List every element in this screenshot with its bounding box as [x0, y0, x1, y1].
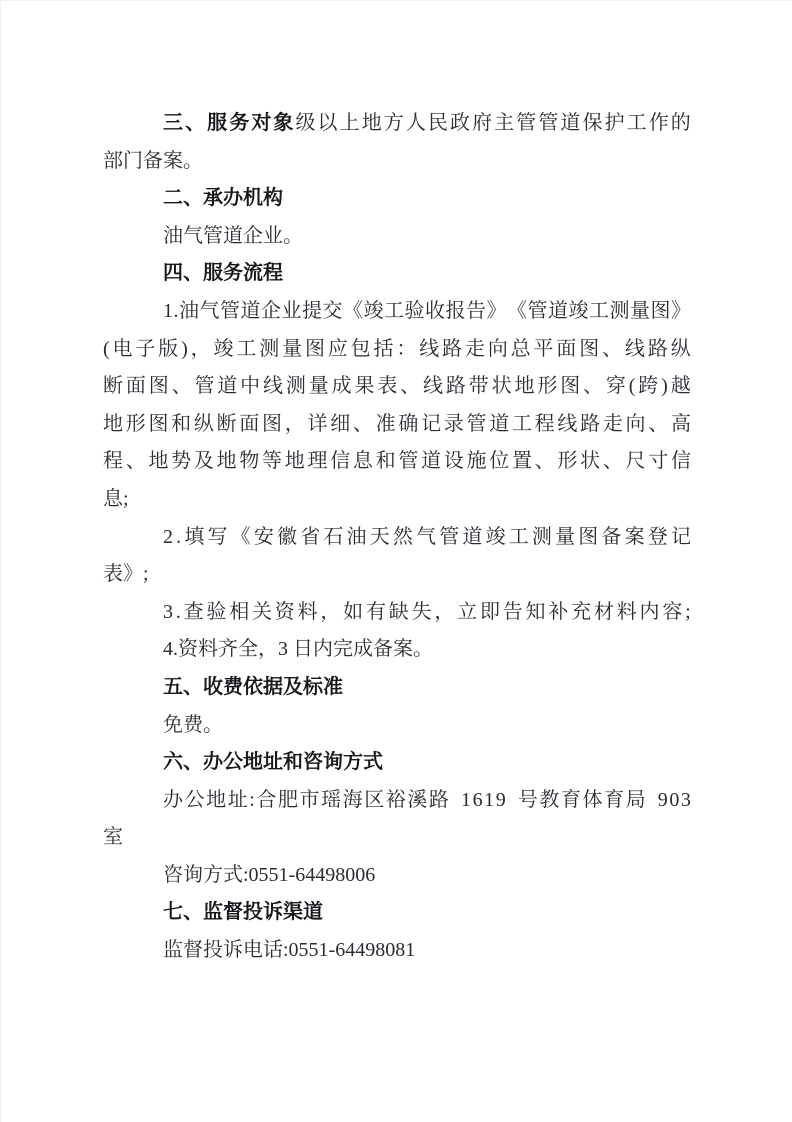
text-run: 区 — [364, 782, 384, 820]
text-line: 3.查验相关资料，如有缺失，立即告知补充材料内容; — [103, 594, 691, 632]
text-run: 验 — [405, 293, 425, 331]
text-run: 》 — [671, 293, 691, 331]
text-run: 果 — [354, 368, 374, 406]
text-run: 备 — [601, 519, 621, 557]
text-line: 程、地势及地物等地理信息和管道设施位置、形状、尺寸信 — [103, 443, 691, 481]
text-run: 断 — [217, 406, 237, 444]
text-run: 安 — [254, 519, 274, 557]
text-run: 肥 — [278, 782, 298, 820]
text-run: 道 — [421, 443, 441, 481]
text-run: 竣 — [364, 293, 384, 331]
text-line: 六、办公地址和咨询方式 — [103, 744, 691, 782]
text-run: 0 — [669, 782, 679, 820]
text-run: 道 — [560, 105, 580, 143]
text-run: 息; — [103, 488, 129, 510]
text-run: 和 — [171, 406, 191, 444]
text-run: 告 — [503, 594, 523, 632]
text-run: 监督投诉电话:0551-64498081 — [163, 939, 415, 961]
text-run: 作 — [649, 105, 669, 143]
text-run: 竣 — [486, 519, 506, 557]
text-run: 带 — [469, 368, 489, 406]
text-run: 石 — [323, 519, 343, 557]
text-run: ) — [661, 368, 668, 406]
text-run: 6 — [473, 782, 483, 820]
text-run: 测 — [610, 293, 630, 331]
text-run: ; — [685, 594, 691, 632]
text-run: ) — [181, 331, 188, 369]
text-run: 路 — [648, 331, 668, 369]
text-run: 图 — [262, 406, 282, 444]
text-run: 高 — [671, 406, 691, 444]
text-run: 9 — [496, 782, 506, 820]
text-run: 线 — [557, 406, 577, 444]
text-run: 4.资料齐全，3 日内完成备案。 — [163, 638, 433, 660]
text-run: 地 — [514, 368, 534, 406]
text-run: 案 — [625, 519, 645, 557]
text-run: 、 — [603, 443, 623, 481]
text-run: ， — [434, 594, 454, 632]
text-run: 管 — [538, 105, 558, 143]
text-run: 五、收费依据及标准 — [163, 676, 343, 698]
text-run: 总 — [511, 331, 531, 369]
text-run: 及 — [194, 443, 214, 481]
text-run: ， — [191, 331, 211, 369]
text-run: 3 — [163, 594, 173, 632]
text-run: 图 — [579, 331, 599, 369]
text-run: 资 — [275, 594, 295, 632]
text-run: 确 — [398, 406, 418, 444]
text-run: 、 — [185, 105, 205, 143]
text-run: 细 — [330, 406, 350, 444]
text-run: 材 — [594, 594, 614, 632]
text-run: 量 — [555, 519, 575, 557]
text-run: 走 — [603, 406, 623, 444]
text-line: 断面图、管道中线测量成果表、线路带状地形图、穿(跨)越 — [103, 368, 691, 406]
text-line: 油气管道企业。 — [103, 218, 691, 256]
text-run: 、 — [400, 368, 420, 406]
text-run: 政 — [450, 105, 470, 143]
text-run: 护 — [605, 105, 625, 143]
text-run: 徽 — [277, 519, 297, 557]
text-run: 3 — [681, 782, 691, 820]
text-run: 补 — [548, 594, 568, 632]
text-line: 咨询方式:0551-64498006 — [103, 857, 691, 895]
text-run: 内 — [640, 594, 660, 632]
text-run: ， — [320, 594, 340, 632]
text-run: 物 — [239, 443, 259, 481]
text-run: 即 — [480, 594, 500, 632]
text-run: 址 — [228, 782, 248, 820]
text-run: 油 — [179, 293, 199, 331]
text-run: 图 — [651, 293, 671, 331]
text-run: 工 — [384, 293, 404, 331]
text-run: 管 — [220, 293, 240, 331]
text-run: 管 — [439, 519, 459, 557]
text-run: 线 — [419, 331, 439, 369]
text-run: 施 — [467, 443, 487, 481]
text-run: 缺 — [389, 594, 409, 632]
text-line: 五、收费依据及标准 — [103, 669, 691, 707]
text-run: ( — [629, 368, 636, 406]
text-run: 道 — [217, 368, 237, 406]
text-run: 工 — [509, 519, 529, 557]
document-body: 三、服务对象级以上地方人民政府主管管道保护工作的部门备案。二、承办机构油气管道企… — [1, 1, 792, 970]
text-run: 上 — [340, 105, 360, 143]
text-run: 地 — [285, 443, 305, 481]
text-run: 服 — [207, 105, 227, 143]
text-run: . — [176, 519, 181, 557]
text-run: 料 — [617, 594, 637, 632]
text-run: : — [249, 782, 255, 820]
text-run: 测 — [286, 368, 306, 406]
text-run: 部门备案。 — [103, 150, 203, 172]
text-run: 详 — [307, 406, 327, 444]
text-run: 管 — [194, 368, 214, 406]
text-line: (电子版)，竣工测量图应包括：线路走向总平面图、线路纵 — [103, 331, 691, 369]
text-line: 七、监督投诉渠道 — [103, 894, 691, 932]
text-run: 以 — [318, 105, 338, 143]
text-line: 免费。 — [103, 707, 691, 745]
text-run: 纵 — [194, 406, 214, 444]
text-run: 应 — [328, 331, 348, 369]
text-run: 设 — [444, 443, 464, 481]
text-run: 道 — [548, 293, 568, 331]
text-run: 管 — [528, 293, 548, 331]
text-run: 置 — [512, 443, 532, 481]
text-run: 失 — [412, 594, 432, 632]
text-run: 象 — [273, 105, 293, 143]
text-run: 气 — [416, 519, 436, 557]
text-line: 4.资料齐全，3 日内完成备案。 — [103, 631, 691, 669]
text-run: 程 — [535, 406, 555, 444]
text-run: 状 — [580, 443, 600, 481]
text-run: 记 — [421, 406, 441, 444]
text-run: 交 — [323, 293, 343, 331]
text-run: . — [176, 594, 181, 632]
text-run: 图 — [148, 406, 168, 444]
text-run: 查 — [184, 594, 204, 632]
text-run: 向 — [626, 406, 646, 444]
text-run: 包 — [351, 331, 371, 369]
text-run: 验 — [206, 594, 226, 632]
text-run: 工 — [589, 293, 609, 331]
text-run: 记 — [671, 519, 691, 557]
text-run: 、 — [535, 443, 555, 481]
text-run: 位 — [489, 443, 509, 481]
text-run: 登 — [648, 519, 668, 557]
text-run: 路 — [580, 406, 600, 444]
text-run: 、 — [648, 406, 668, 444]
text-run: 六、办公地址和咨询方式 — [163, 751, 383, 773]
text-run: 图 — [149, 368, 169, 406]
text-run: 办 — [163, 782, 183, 820]
text-line: 三、服务对象级以上地方人民政府主管管道保护工作的 — [103, 105, 691, 143]
text-run: 势 — [171, 443, 191, 481]
text-run: 1 — [163, 293, 173, 331]
text-line: 办公地址:合肥市瑶海区裕溪路1619号教育体育局903 — [103, 782, 691, 820]
text-run: 四、服务流程 — [163, 262, 283, 284]
text-run: 形 — [537, 368, 557, 406]
text-run: 保 — [582, 105, 602, 143]
text-run: 写 — [208, 519, 228, 557]
text-run: 竣 — [569, 293, 589, 331]
text-run: 气 — [200, 293, 220, 331]
text-run: 局 — [626, 782, 646, 820]
text-run: 方 — [384, 105, 404, 143]
text-run: 府 — [472, 105, 492, 143]
text-run: 形 — [126, 406, 146, 444]
text-run: 地 — [206, 782, 226, 820]
text-run: 寸 — [648, 443, 668, 481]
text-run: 跨 — [638, 368, 658, 406]
text-run: 图 — [305, 331, 325, 369]
text-run: 民 — [428, 105, 448, 143]
text-run: 体 — [583, 782, 603, 820]
text-run: 中 — [240, 368, 260, 406]
text-run: 道 — [462, 519, 482, 557]
text-run: 填 — [184, 519, 204, 557]
text-line: 二、承办机构 — [103, 180, 691, 218]
text-run: 面 — [556, 331, 576, 369]
text-run: 二、承办机构 — [163, 187, 283, 209]
text-run: 七、监督投诉渠道 — [163, 901, 323, 923]
text-run: 裕 — [386, 782, 406, 820]
text-run: 电 — [113, 331, 133, 369]
text-line: 四、服务流程 — [103, 255, 691, 293]
text-run: 量 — [282, 331, 302, 369]
text-run: 线 — [263, 368, 283, 406]
text-run: 企 — [261, 293, 281, 331]
text-run: 子 — [135, 331, 155, 369]
text-run: 市 — [300, 782, 320, 820]
text-run: ， — [285, 406, 305, 444]
text-run: 、 — [583, 368, 603, 406]
text-run: 表》; — [103, 563, 149, 585]
text-run: 级 — [295, 105, 315, 143]
text-run: 》 — [487, 293, 507, 331]
text-run: 、 — [126, 443, 146, 481]
text-run: 知 — [526, 594, 546, 632]
text-line: 表》; — [103, 556, 691, 594]
text-run: 理 — [307, 443, 327, 481]
text-run: 2 — [163, 519, 173, 557]
text-run: 告 — [466, 293, 486, 331]
text-run: 提 — [302, 293, 322, 331]
text-run: 《 — [231, 519, 251, 557]
text-run: 图 — [560, 368, 580, 406]
text-run: 管 — [467, 406, 487, 444]
text-run: 信 — [330, 443, 350, 481]
text-run: 平 — [534, 331, 554, 369]
text-run: 报 — [446, 293, 466, 331]
text-run: 路 — [446, 368, 466, 406]
text-line: 室 — [103, 819, 691, 857]
text-run: 人 — [406, 105, 426, 143]
text-run: 三 — [163, 105, 183, 143]
text-run: 版 — [158, 331, 178, 369]
text-run: 等 — [262, 443, 282, 481]
text-line: 息; — [103, 481, 691, 519]
text-run: 咨询方式:0551-64498006 — [163, 864, 375, 886]
text-run: 准 — [376, 406, 396, 444]
text-run: ： — [396, 331, 416, 369]
text-run: 省 — [300, 519, 320, 557]
text-run: 程 — [103, 443, 123, 481]
text-run: 工 — [512, 406, 532, 444]
text-run: 公 — [185, 782, 205, 820]
text-run: 充 — [571, 594, 591, 632]
text-run: 状 — [492, 368, 512, 406]
text-run: 、 — [353, 406, 373, 444]
text-run: 纵 — [671, 331, 691, 369]
text-run: 《 — [343, 293, 363, 331]
text-run: 表 — [377, 368, 397, 406]
text-run: 1 — [461, 782, 471, 820]
text-run: 走 — [465, 331, 485, 369]
text-run: 的 — [671, 105, 691, 143]
text-run: 有 — [366, 594, 386, 632]
text-line: 部门备案。 — [103, 143, 691, 181]
text-run: 溪 — [407, 782, 427, 820]
text-run: 向 — [488, 331, 508, 369]
text-run: 相 — [229, 594, 249, 632]
text-run: 育 — [604, 782, 624, 820]
text-run: 越 — [671, 368, 691, 406]
text-run: 工 — [627, 105, 647, 143]
text-run: 油气管道企业。 — [163, 225, 303, 247]
text-run: 《 — [507, 293, 527, 331]
text-run: 管 — [398, 443, 418, 481]
text-run: 测 — [532, 519, 552, 557]
text-run: 道 — [241, 293, 261, 331]
text-run: 业 — [282, 293, 302, 331]
text-run: 括 — [374, 331, 394, 369]
text-run: 号 — [518, 782, 538, 820]
text-run: 教 — [539, 782, 559, 820]
text-run: 量 — [309, 368, 329, 406]
text-run: 、 — [602, 331, 622, 369]
text-run: 地 — [362, 105, 382, 143]
text-run: 地 — [217, 443, 237, 481]
document-page: 三、服务对象级以上地方人民政府主管管道保护工作的部门备案。二、承办机构油气管道企… — [0, 0, 792, 1122]
text-run: 9 — [658, 782, 668, 820]
text-run: 成 — [332, 368, 352, 406]
text-run: 室 — [103, 826, 123, 848]
text-run: 关 — [252, 594, 272, 632]
text-run: 管 — [516, 105, 536, 143]
text-line: 监督投诉电话:0551-64498081 — [103, 932, 691, 970]
text-run: 容 — [662, 594, 682, 632]
text-run: 形 — [557, 443, 577, 481]
text-run: 路 — [429, 782, 449, 820]
text-run: ( — [103, 331, 110, 369]
text-run: 免费。 — [163, 714, 223, 736]
text-run: 然 — [393, 519, 413, 557]
text-run: 竣 — [214, 331, 234, 369]
text-run: 主 — [494, 105, 514, 143]
text-run: 断 — [103, 368, 123, 406]
text-run: 工 — [236, 331, 256, 369]
text-run: 合 — [256, 782, 276, 820]
text-run: 尺 — [626, 443, 646, 481]
text-run: 育 — [561, 782, 581, 820]
text-run: 面 — [126, 368, 146, 406]
text-run: 录 — [444, 406, 464, 444]
text-line: 地形图和纵断面图，详细、准确记录管道工程线路走向、高 — [103, 406, 691, 444]
text-run: 天 — [370, 519, 390, 557]
text-run: 地 — [103, 406, 123, 444]
text-run: 海 — [343, 782, 363, 820]
text-run: 道 — [489, 406, 509, 444]
text-run: 测 — [259, 331, 279, 369]
text-run: 线 — [625, 331, 645, 369]
text-run: 图 — [578, 519, 598, 557]
text-run: 地 — [148, 443, 168, 481]
text-run: 线 — [423, 368, 443, 406]
text-run: 和 — [376, 443, 396, 481]
text-run: 瑶 — [321, 782, 341, 820]
text-run: . — [174, 293, 179, 331]
text-run: 息 — [353, 443, 373, 481]
text-run: 收 — [425, 293, 445, 331]
text-run: 面 — [239, 406, 259, 444]
text-run: 穿 — [606, 368, 626, 406]
text-run: 1 — [484, 782, 494, 820]
text-run: 信 — [671, 443, 691, 481]
text-run: 如 — [343, 594, 363, 632]
text-line: 2.填写《安徽省石油天然气管道竣工测量图备案登记 — [103, 519, 691, 557]
text-run: 油 — [347, 519, 367, 557]
text-line: 1.油气管道企业提交《竣工验收报告》《管道竣工测量图》 — [103, 293, 691, 331]
text-run: 对 — [251, 105, 271, 143]
text-run: 务 — [229, 105, 249, 143]
text-run: 料 — [298, 594, 318, 632]
text-run: 路 — [442, 331, 462, 369]
text-run: 、 — [172, 368, 192, 406]
text-run: 立 — [457, 594, 477, 632]
text-run: 量 — [630, 293, 650, 331]
